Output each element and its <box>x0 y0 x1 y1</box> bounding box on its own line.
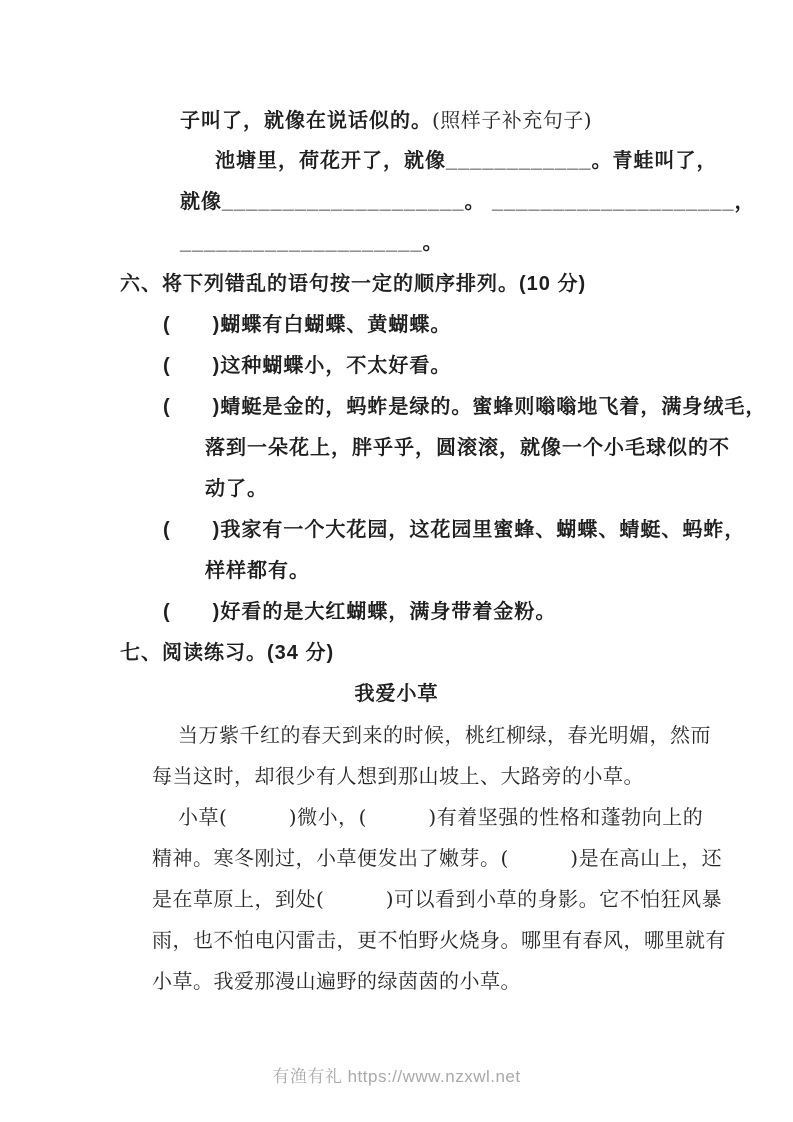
blank-fill-line: 池塘里，荷花开了，就像____________。青蛙叫了， <box>215 141 793 182</box>
ordering-item-text: 好看的是大红蝴蝶，满身带着金粉。 <box>220 601 556 623</box>
ordering-item-3: ( )蜻蜓是金的，蚂蚱是绿的。蜜蜂则嗡嗡地飞着，满身绒毛， <box>163 387 793 428</box>
ordering-item-4-continuation: 样样都有。 <box>205 551 793 592</box>
passage-line: 雨，也不怕电闪雷击，更不怕野火烧身。哪里有春风，哪里就有 <box>152 920 793 961</box>
fill-in-blank-exercise: 子叫了，就像在说话似的。(照样子补充句子) 池塘里，荷花开了，就像_______… <box>0 100 793 264</box>
answer-brackets: ( ) <box>163 387 220 428</box>
ordering-item-3-continuation: 动了。 <box>205 469 793 510</box>
answer-brackets: ( ) <box>163 305 220 346</box>
footer-watermark: 有渔有礼 https://www.nzxwl.net <box>0 1062 793 1087</box>
ordering-item-3-continuation: 落到一朵花上，胖乎乎，圆滚滚，就像一个小毛球似的不 <box>205 428 793 469</box>
section-7-reading: 七、阅读练习。(34 分) 我爱小草 当万紫千红的春天到来的时候，桃红柳绿，春光… <box>0 633 793 1002</box>
ordering-item-text: 蝴蝶有白蝴蝶、黄蝴蝶。 <box>220 314 451 336</box>
passage-line: 是在草原上，到处( )可以看到小草的身影。它不怕狂风暴 <box>152 879 793 920</box>
answer-brackets: ( ) <box>163 346 220 387</box>
section-6-ordering: 六、将下列错乱的语句按一定的顺序排列。(10 分) ( )蝴蝶有白蝴蝶、黄蝴蝶。… <box>0 264 793 633</box>
ordering-item-2: ( )这种蝴蝶小，不太好看。 <box>163 346 793 387</box>
ordering-item-4: ( )我家有一个大花园，这花园里蜜蜂、蝴蝶、蜻蜓、蚂蚱， <box>163 510 793 551</box>
blank-fill-line: 就像____________________。 ________________… <box>180 182 793 223</box>
example-sentence-text: 子叫了，就像在说话似的。 <box>180 110 432 132</box>
instruction-note: (照样子补充句子) <box>432 108 592 132</box>
passage-line: 小草。我爱那漫山遍野的绿茵茵的小草。 <box>152 961 793 1002</box>
answer-brackets: ( ) <box>163 510 220 551</box>
section-7-header: 七、阅读练习。(34 分) <box>120 633 793 674</box>
ordering-item-text: 这种蝴蝶小，不太好看。 <box>220 355 451 377</box>
ordering-item-text: 我家有一个大花园，这花园里蜜蜂、蝴蝶、蜻蜓、蚂蚱， <box>220 519 745 541</box>
answer-brackets: ( ) <box>163 592 220 633</box>
exercise-text-line: 子叫了，就像在说话似的。(照样子补充句子) <box>180 100 793 141</box>
passage-title: 我爱小草 <box>0 674 793 715</box>
section-6-header: 六、将下列错乱的语句按一定的顺序排列。(10 分) <box>120 264 793 305</box>
passage-line: 每当这时，却很少有人想到那山坡上、大路旁的小草。 <box>152 756 793 797</box>
blank-fill-line: ____________________。 <box>180 223 793 264</box>
passage-line: 精神。寒冬刚过，小草便发出了嫩芽。( )是在高山上，还 <box>152 838 793 879</box>
passage-line: 当万紫千红的春天到来的时候，桃红柳绿，春光明媚，然而 <box>152 715 793 756</box>
ordering-item-5: ( )好看的是大红蝴蝶，满身带着金粉。 <box>163 592 793 633</box>
ordering-item-text: 蜻蜓是金的，蚂蚱是绿的。蜜蜂则嗡嗡地飞着，满身绒毛， <box>220 396 766 418</box>
worksheet-page: 子叫了，就像在说话似的。(照样子补充句子) 池塘里，荷花开了，就像_______… <box>0 0 793 1122</box>
ordering-item-1: ( )蝴蝶有白蝴蝶、黄蝴蝶。 <box>163 305 793 346</box>
passage-line: 小草( )微小，( )有着坚强的性格和蓬勃向上的 <box>152 797 793 838</box>
